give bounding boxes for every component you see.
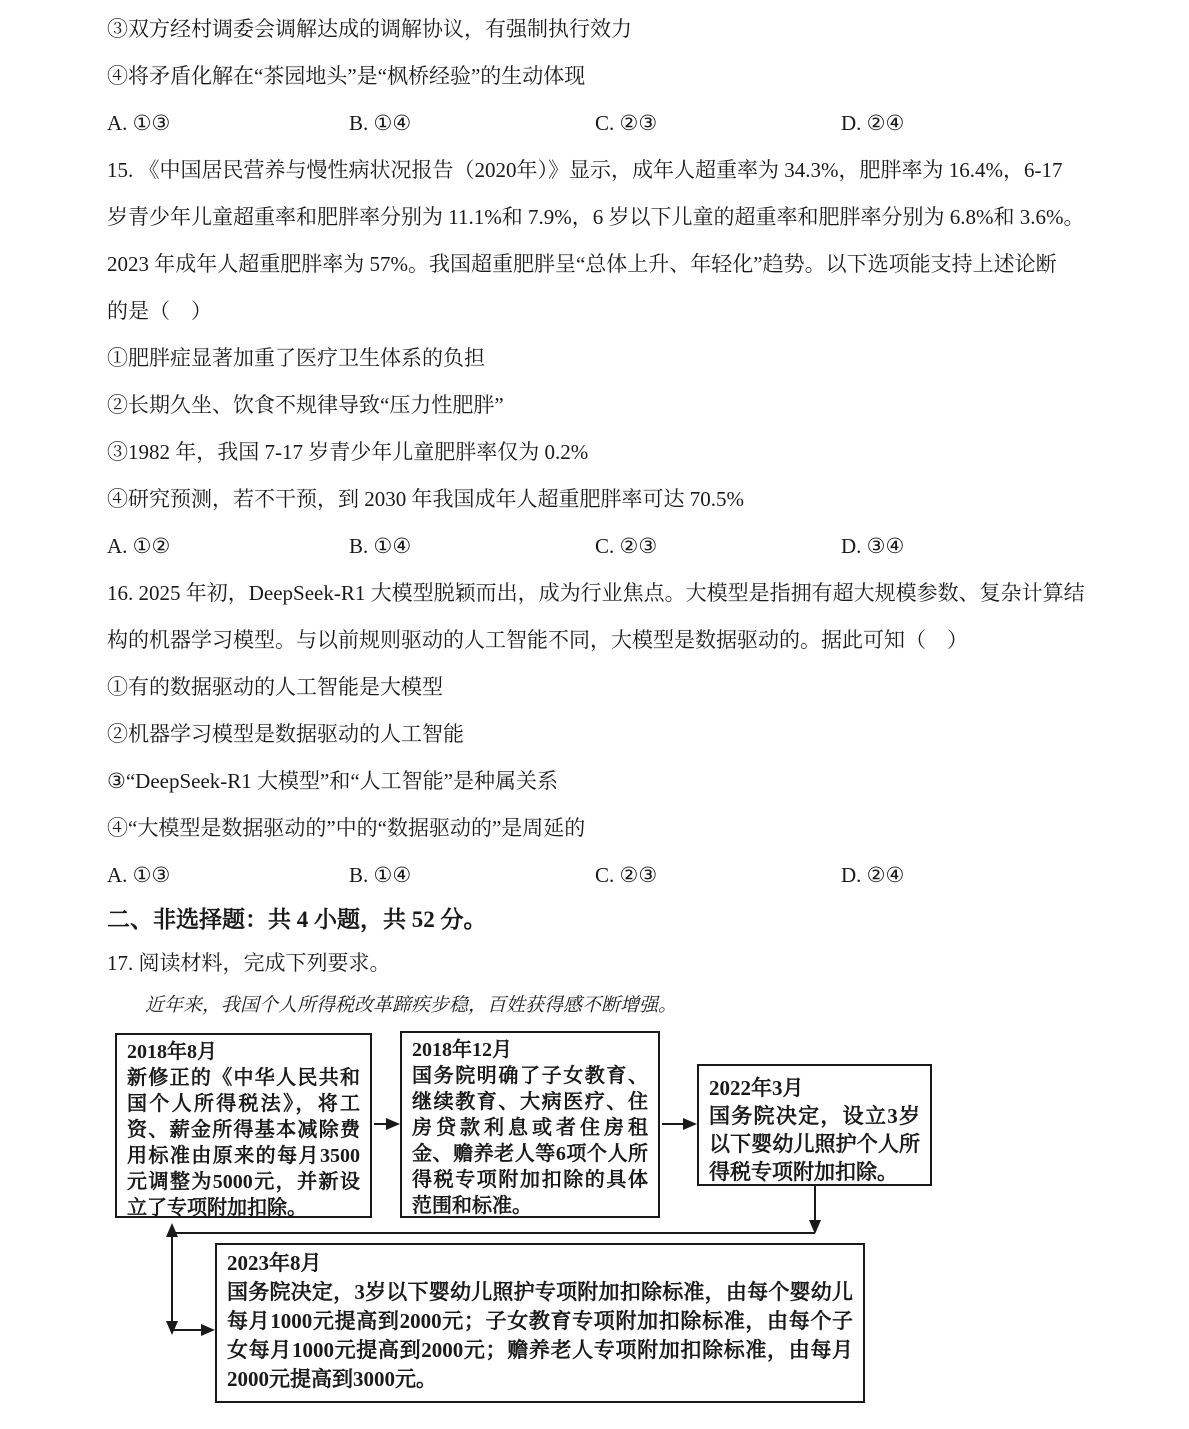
- options-row: A. ①② B. ①④ C. ②③ D. ③④: [107, 523, 1087, 570]
- option-b: B. ①④: [349, 523, 595, 570]
- options-row: A. ①③ B. ①④ C. ②③ D. ②④: [107, 100, 1087, 147]
- statement-line: ①肥胖症显著加重了医疗卫生体系的负担: [107, 335, 1087, 382]
- flowchart: 2018年8月 新修正的《中华人民共和国个人所得税法》，将工资、薪金所得基本减除…: [0, 1026, 1189, 1426]
- flowchart-box-date: 2018年8月: [127, 1039, 360, 1065]
- option-a: A. ①③: [107, 100, 349, 147]
- question-16-stem-line: 16. 2025 年初，DeepSeek-R1 大模型脱颖而出，成为行业焦点。大…: [107, 570, 1087, 617]
- option-c: C. ②③: [595, 852, 841, 899]
- statement-line: ③“DeepSeek-R1 大模型”和“人工智能”是种属关系: [107, 758, 1087, 805]
- statement-line: ④研究预测，若不干预，到 2030 年我国成年人超重肥胖率可达 70.5%: [107, 476, 1087, 523]
- flowchart-box-2023-08: 2023年8月 国务院决定，3岁以下婴幼儿照护专项附加扣除标准，由每个婴幼儿每月…: [215, 1243, 865, 1403]
- question-15-stem-line: 岁青少年儿童超重率和肥胖率分别为 11.1%和 7.9%，6 岁以下儿童的超重率…: [107, 194, 1087, 241]
- option-b: B. ①④: [349, 852, 595, 899]
- flowchart-box-text: 国务院决定，设立3岁以下婴幼儿照护个人所得税专项附加扣除。: [709, 1102, 920, 1186]
- flowchart-box-text: 新修正的《中华人民共和国个人所得税法》，将工资、薪金所得基本减除费用标准由原来的…: [127, 1065, 360, 1221]
- flowchart-box-date: 2018年12月: [412, 1037, 648, 1063]
- option-a: A. ①③: [107, 852, 349, 899]
- question-17-intro: 17. 阅读材料，完成下列要求。: [107, 941, 1189, 986]
- arrowhead-down-icon: [166, 1321, 178, 1335]
- flowchart-box-date: 2022年3月: [709, 1074, 920, 1102]
- statement-line: ③1982 年，我国 7-17 岁青少年儿童肥胖率仅为 0.2%: [107, 429, 1087, 476]
- arrowhead-up-icon: [166, 1223, 178, 1237]
- option-a: A. ①②: [107, 523, 349, 570]
- material-note: 近年来，我国个人所得税改革蹄疾步稳，百姓获得感不断增强。: [145, 986, 1189, 1026]
- question-16-stem-line: 构的机器学习模型。与以前规则驱动的人工智能不同，大模型是数据驱动的。据此可知（ …: [107, 617, 1087, 664]
- arrowhead-right-icon: [683, 1118, 697, 1130]
- statement-line: ①有的数据驱动的人工智能是大模型: [107, 664, 1087, 711]
- exam-page: ③双方经村调委会调解达成的调解协议，有强制执行效力 ④将矛盾化解在“茶园地头”是…: [0, 0, 1189, 1426]
- statement-line: ②长期久坐、饮食不规律导致“压力性肥胖”: [107, 382, 1087, 429]
- arrowhead-down-icon: [809, 1220, 821, 1234]
- options-row: A. ①③ B. ①④ C. ②③ D. ②④: [107, 852, 1087, 899]
- flowchart-box-2022-03: 2022年3月 国务院决定，设立3岁以下婴幼儿照护个人所得税专项附加扣除。: [697, 1064, 932, 1186]
- flowchart-box-date: 2023年8月: [227, 1249, 853, 1278]
- question-15-stem-line: 2023 年成年人超重肥胖率为 57%。我国超重肥胖呈“总体上升、年轻化”趋势。…: [107, 241, 1087, 288]
- statement-line: ②机器学习模型是数据驱动的人工智能: [107, 711, 1087, 758]
- option-c: C. ②③: [595, 100, 841, 147]
- arrowhead-right-icon: [201, 1324, 215, 1336]
- statement-line: ③双方经村调委会调解达成的调解协议，有强制执行效力: [107, 6, 1087, 53]
- statement-line: ④“大模型是数据驱动的”中的“数据驱动的”是周延的: [107, 805, 1087, 852]
- option-d: D. ②④: [841, 100, 1087, 147]
- flowchart-box-2018-08: 2018年8月 新修正的《中华人民共和国个人所得税法》，将工资、薪金所得基本减除…: [115, 1033, 372, 1218]
- statement-line: ④将矛盾化解在“茶园地头”是“枫桥经验”的生动体现: [107, 53, 1087, 100]
- arrowhead-right-icon: [386, 1118, 400, 1130]
- flowchart-box-text: 国务院明确了子女教育、继续教育、大病医疗、住房贷款利息或者住房租金、赡养老人等6…: [412, 1063, 648, 1219]
- question-15-stem-line: 的是（ ）: [107, 288, 1087, 335]
- option-d: D. ③④: [841, 523, 1087, 570]
- flowchart-box-text: 国务院决定，3岁以下婴幼儿照护专项附加扣除标准，由每个婴幼儿每月1000元提高到…: [227, 1278, 853, 1394]
- option-b: B. ①④: [349, 100, 595, 147]
- flowchart-box-2018-12: 2018年12月 国务院明确了子女教育、继续教育、大病医疗、住房贷款利息或者住房…: [400, 1031, 660, 1218]
- question-15-stem-line: 15. 《中国居民营养与慢性病状况报告（2020年）》显示，成年人超重率为 34…: [107, 147, 1087, 194]
- section-heading: 二、非选择题：共 4 小题，共 52 分。: [107, 899, 1189, 941]
- option-d: D. ②④: [841, 852, 1087, 899]
- option-c: C. ②③: [595, 523, 841, 570]
